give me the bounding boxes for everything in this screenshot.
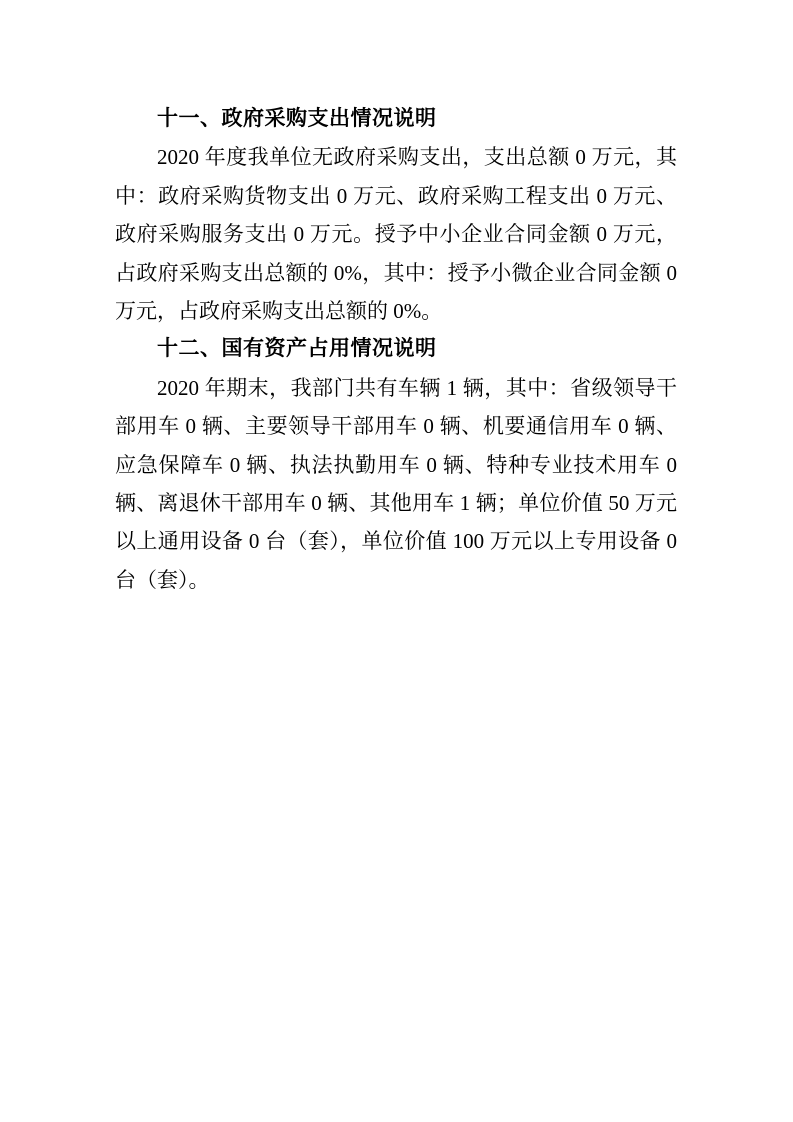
section-11-paragraph: 2020 年度我单位无政府采购支出，支出总额 0 万元，其中：政府采购货物支出 …: [115, 138, 677, 330]
document-content: 十一、政府采购支出情况说明 2020 年度我单位无政府采购支出，支出总额 0 万…: [115, 100, 677, 599]
section-12-paragraph: 2020 年期末，我部门共有车辆 1 辆，其中：省级领导干部用车 0 辆、主要领…: [115, 369, 677, 599]
section-12-heading: 十二、国有资产占用情况说明: [115, 330, 677, 368]
document-page: 十一、政府采购支出情况说明 2020 年度我单位无政府采购支出，支出总额 0 万…: [0, 0, 793, 1122]
section-11-heading: 十一、政府采购支出情况说明: [115, 100, 677, 138]
